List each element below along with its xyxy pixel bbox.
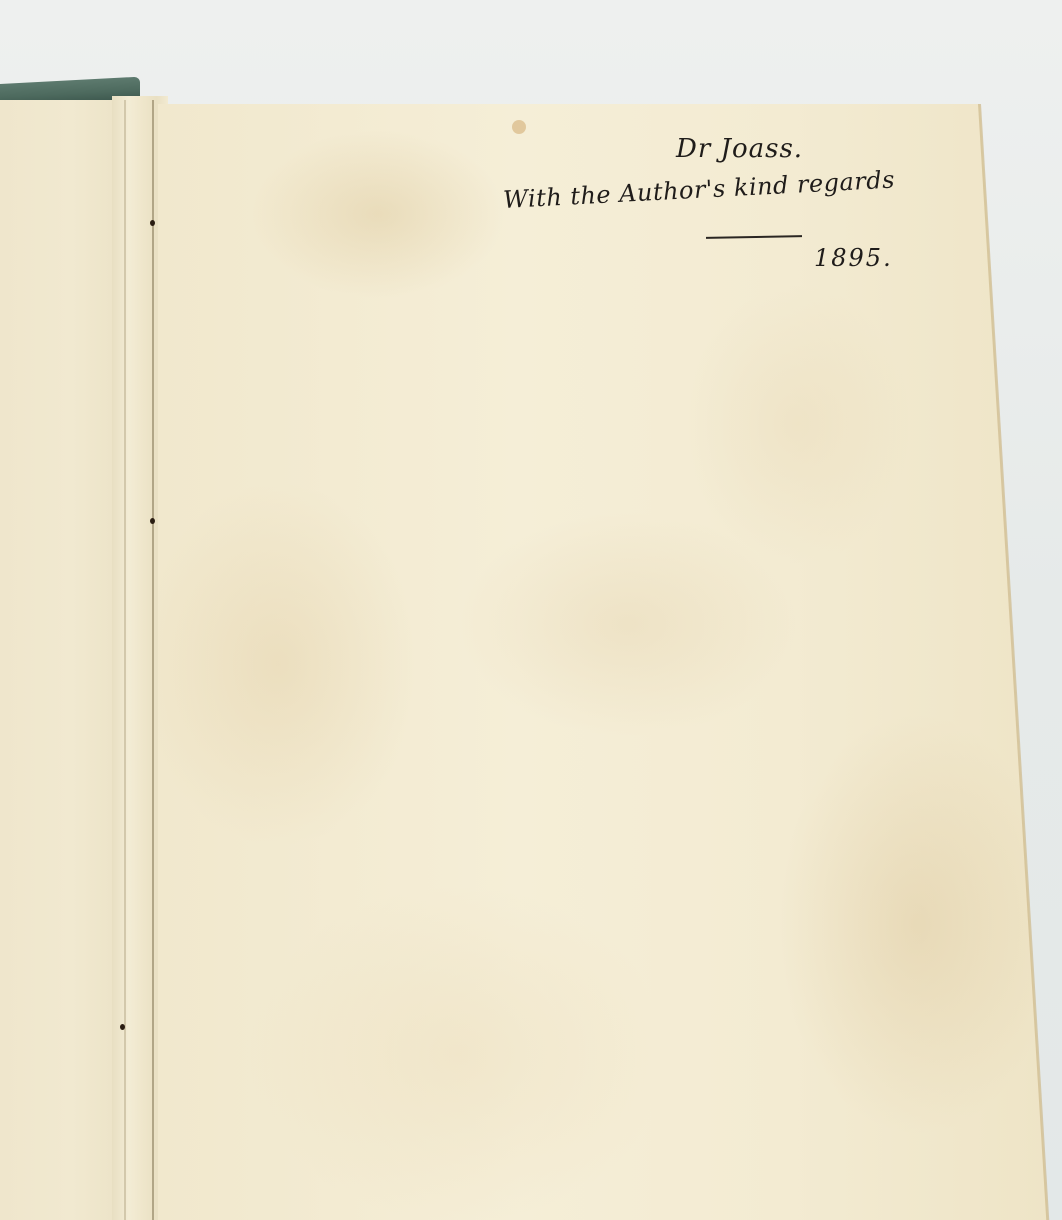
binding-stitch-hole — [120, 1024, 125, 1030]
foxing-spot — [512, 120, 526, 134]
gutter-crease — [124, 100, 126, 1220]
inscription-year: 1895. — [814, 244, 893, 272]
binding-stitch-hole — [150, 220, 155, 226]
gutter-crease — [152, 100, 154, 1220]
binding-stitch-hole — [150, 518, 155, 524]
pastedown-page — [0, 100, 120, 1220]
free-endpaper-page — [158, 104, 1058, 1220]
inscription-recipient: Dr Joass. — [676, 134, 803, 164]
